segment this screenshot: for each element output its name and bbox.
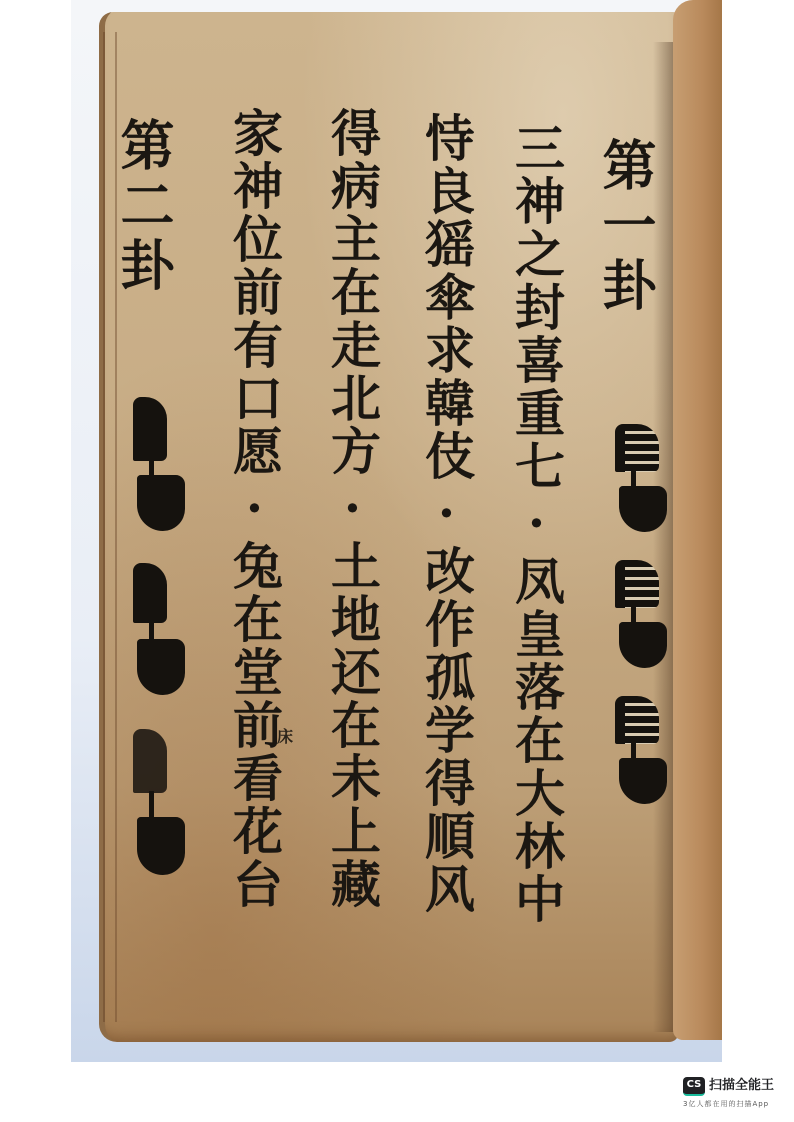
app-tagline: 3亿人都在用的扫描App: [683, 1099, 769, 1109]
scanned-photo: 第一卦 三神之封喜重七·凤皇落在大林中 恃良猺傘求韓伎·改作孤学得順风 得病主在…: [71, 0, 722, 1062]
hexagram-1-verse-column-1: 三神之封喜重七·凤皇落在大林中: [511, 122, 561, 926]
hexagram-2-verse-column-1: 家神位前有口愿·兔在堂前看花台: [229, 107, 279, 911]
app-logo-icon: CS: [683, 1077, 705, 1096]
yao-mark-broken-icon: [609, 560, 669, 680]
hexagram-1-title: 第一卦: [599, 137, 653, 317]
facing-page-edge: [673, 0, 722, 1040]
book-page: 第一卦 三神之封喜重七·凤皇落在大林中 恃良猺傘求韓伎·改作孤学得順风 得病主在…: [99, 12, 679, 1042]
camscanner-watermark: CS 扫描全能王 3亿人都在用的扫描App: [683, 1077, 787, 1113]
hexagram-2-title: 第二卦: [117, 117, 171, 297]
hexagram-1-verse-column-3: 得病主在走北方·土地还在未上藏: [327, 107, 377, 911]
yao-mark-solid-icon: [127, 397, 187, 547]
hexagram-2-yao-marks: [127, 397, 187, 905]
app-name: 扫描全能王: [709, 1077, 774, 1094]
yao-mark-broken-icon: [609, 424, 669, 544]
yao-mark-broken-icon: [609, 696, 669, 816]
yao-mark-solid-icon: [127, 729, 187, 889]
yao-mark-solid-icon: [127, 563, 187, 713]
hexagram-1-yao-marks: [609, 424, 669, 832]
hexagram-2-margin-note: 床: [277, 724, 293, 747]
hexagram-1-verse-column-2: 恃良猺傘求韓伎·改作孤学得順风: [421, 112, 471, 916]
